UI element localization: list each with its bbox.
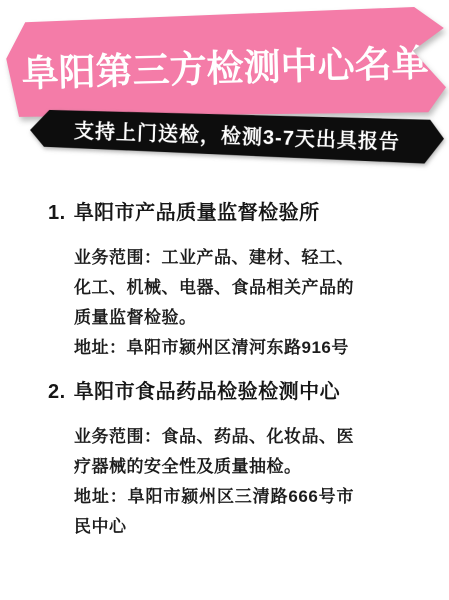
center-2-name: 阜阳市食品药品检验检测中心: [74, 375, 341, 404]
center-2-address-line: 地址：阜阳市颍州区三清路666号市民中心: [74, 482, 354, 542]
page-subtitle: 支持上门送检，检测3-7天出具报告: [74, 114, 401, 154]
center-1-number: 1.: [48, 202, 66, 225]
center-1-scope-line: 业务范围：工业产品、建材、轻工、化工、机械、电器、食品相关产品的质量监督检验。: [74, 243, 354, 333]
scope-label: 业务范围：: [74, 427, 162, 446]
infographic-page: 阜阳第三方检测中心名单 支持上门送检，检测3-7天出具报告 1. 阜阳市产品质量…: [0, 0, 449, 600]
center-list: 1. 阜阳市产品质量监督检验所 业务范围：工业产品、建材、轻工、化工、机械、电器…: [0, 196, 449, 554]
address-text: 阜阳市颍州区清河东路916号: [127, 338, 349, 357]
page-title: 阜阳第三方检测中心名单: [3, 32, 446, 98]
center-2-heading: 2. 阜阳市食品药品检验检测中心: [48, 375, 449, 404]
center-2-scope-line: 业务范围：食品、药品、化妆品、医疗器械的安全性及质量抽检。: [74, 422, 354, 482]
center-1-name: 阜阳市产品质量监督检验所: [74, 196, 320, 225]
address-label: 地址：: [74, 338, 127, 357]
center-1-details: 业务范围：工业产品、建材、轻工、化工、机械、电器、食品相关产品的质量监督检验。 …: [74, 243, 354, 363]
scope-label: 业务范围：: [74, 248, 162, 267]
center-1-heading: 1. 阜阳市产品质量监督检验所: [48, 196, 449, 225]
address-label: 地址：: [74, 487, 128, 506]
title-banner-shape: 阜阳第三方检测中心名单: [4, 4, 446, 118]
center-2-details: 业务范围：食品、药品、化妆品、医疗器械的安全性及质量抽检。 地址：阜阳市颍州区三…: [74, 422, 354, 542]
list-item-center-1: 1. 阜阳市产品质量监督检验所 业务范围：工业产品、建材、轻工、化工、机械、电器…: [0, 196, 449, 363]
center-1-address-line: 地址：阜阳市颍州区清河东路916号: [74, 333, 354, 363]
title-banner: 阜阳第三方检测中心名单: [4, 4, 446, 118]
list-item-center-2: 2. 阜阳市食品药品检验检测中心 业务范围：食品、药品、化妆品、医疗器械的安全性…: [0, 375, 449, 542]
center-2-number: 2.: [48, 381, 66, 404]
